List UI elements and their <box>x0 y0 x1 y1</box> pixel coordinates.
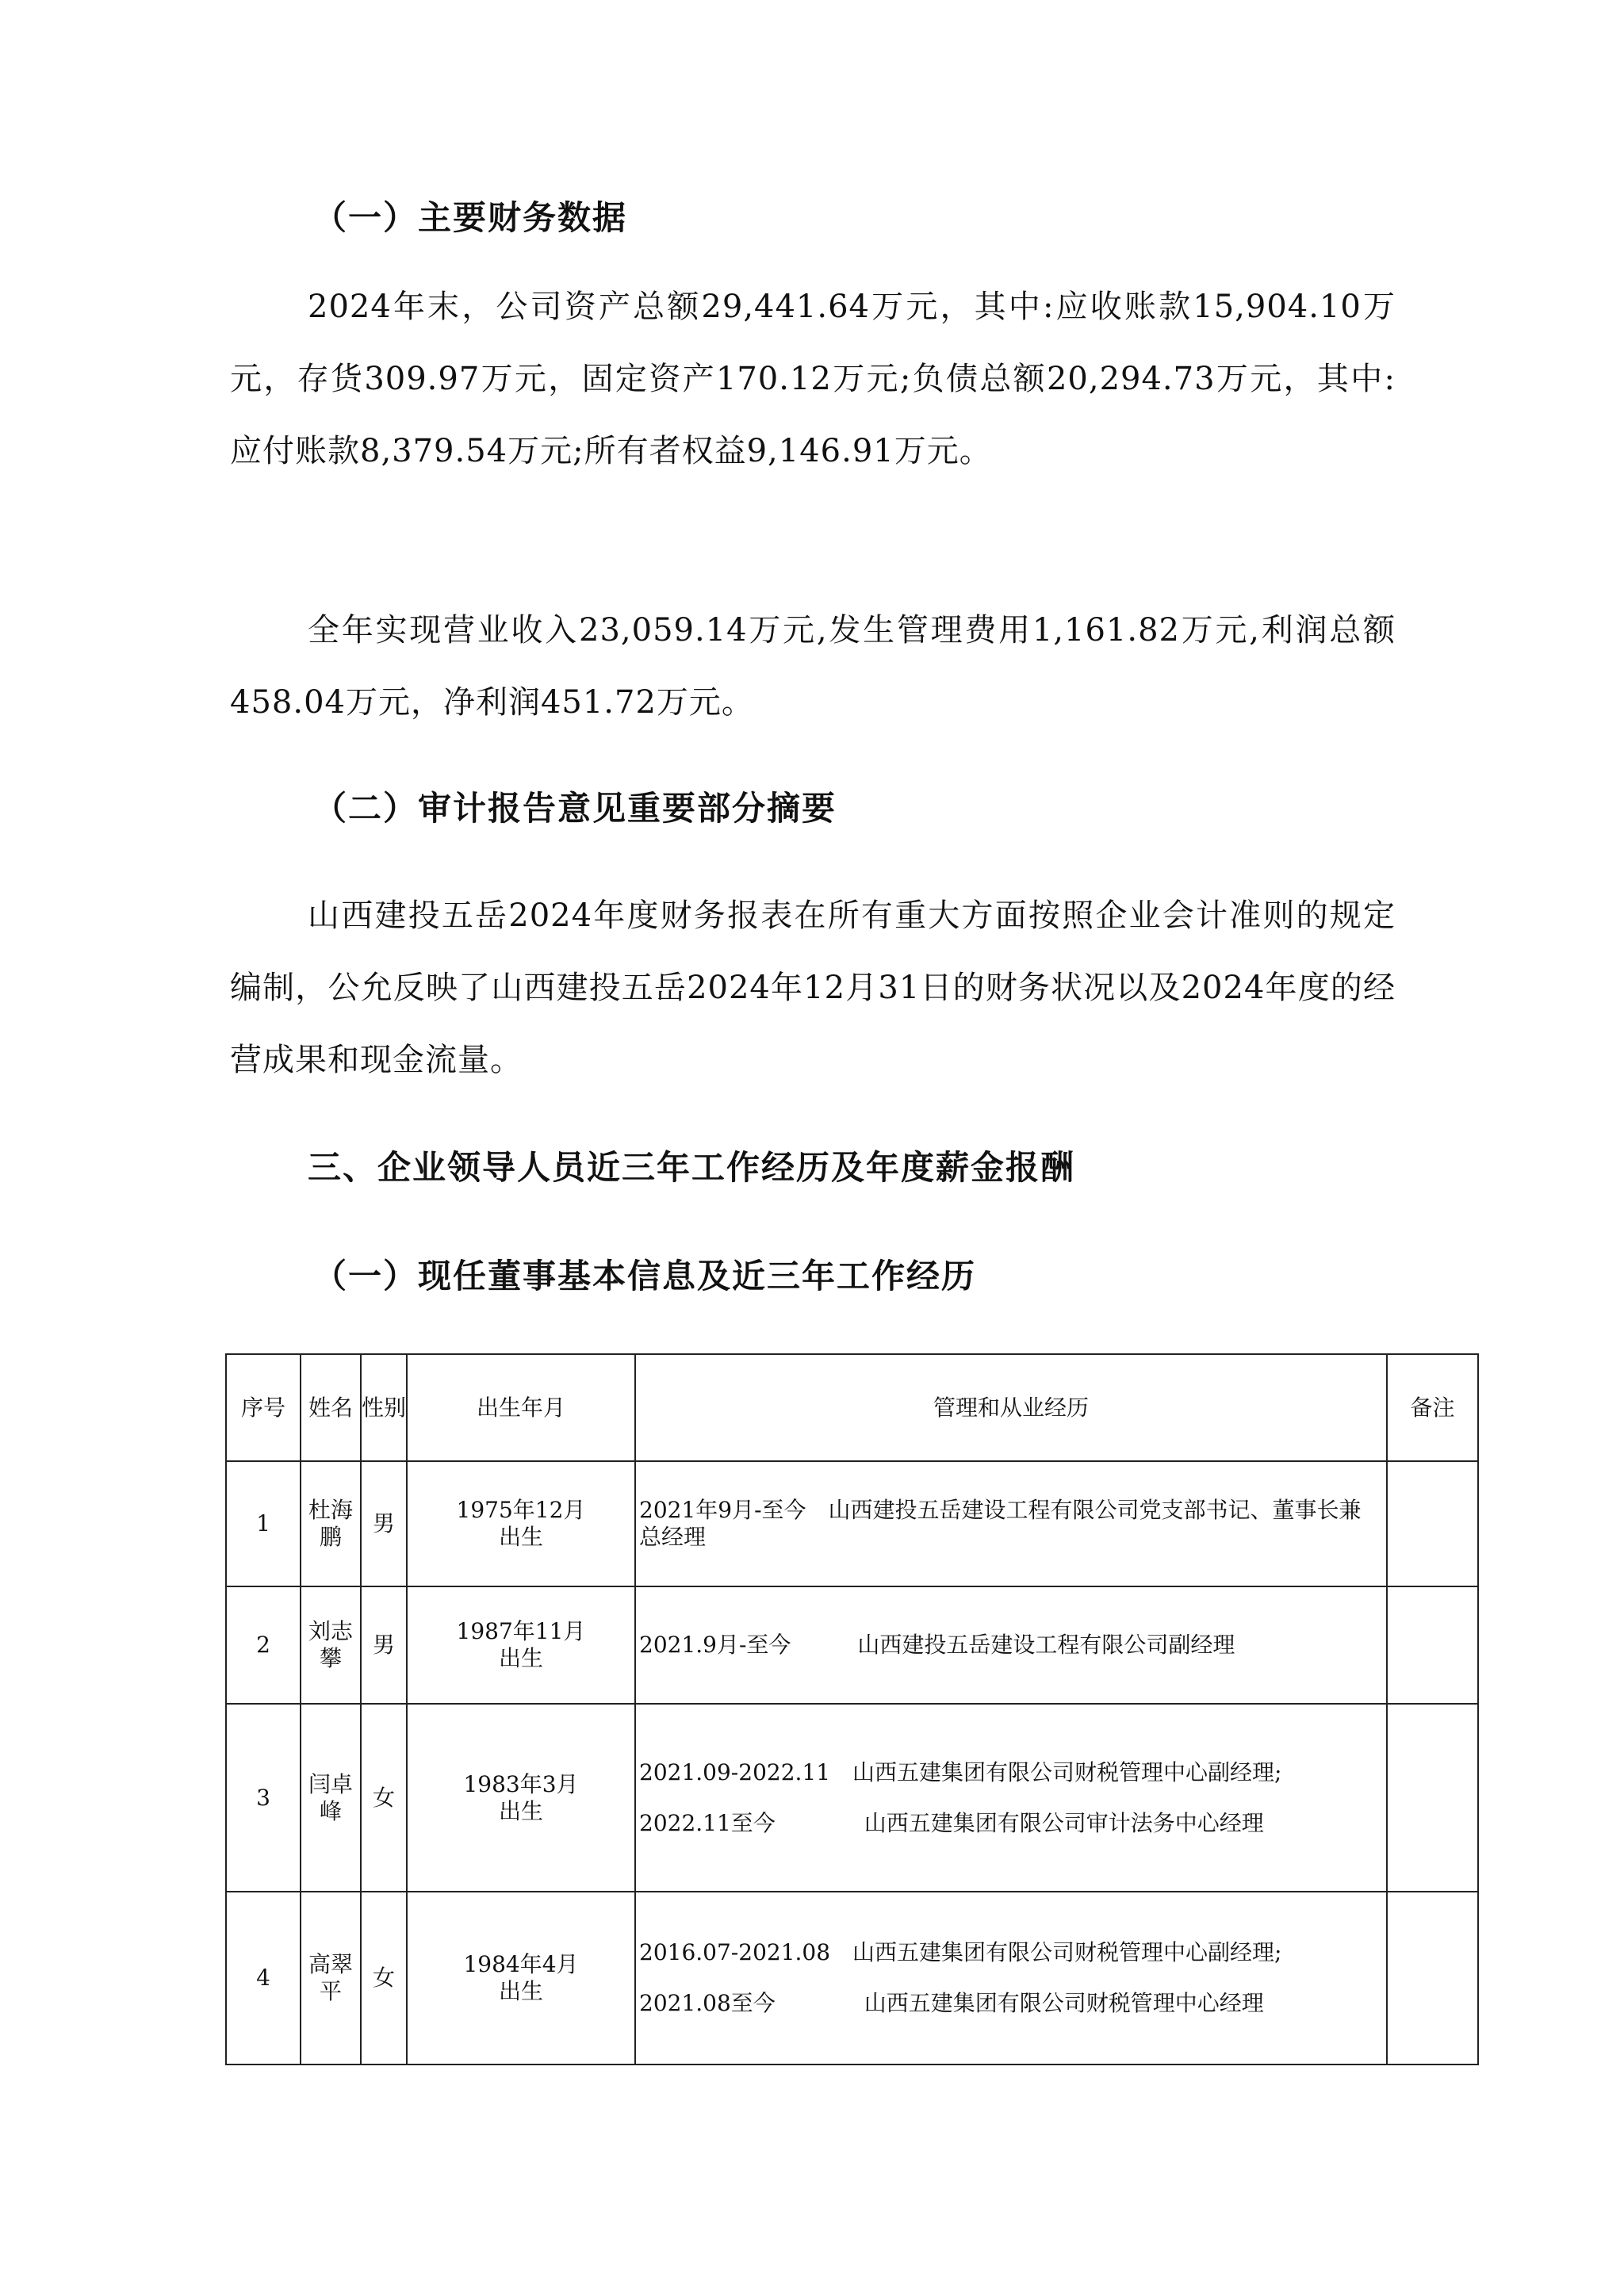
directors-table: 序号 姓名 性别 出生年月 管理和从业经历 备注 1 杜海鹏 男 1975年12… <box>225 1353 1479 2065</box>
cell-birth: 1984年4月 出生 <box>407 1892 635 2064</box>
cell-gender: 男 <box>361 1461 407 1586</box>
cell-name: 闫卓峰 <box>301 1704 361 1892</box>
header-gender: 性别 <box>361 1354 407 1461</box>
cell-birth: 1987年11月 出生 <box>407 1586 635 1704</box>
heading-leaders-section: 三、企业领导人员近三年工作经历及年度薪金报酬 <box>308 1148 1075 1188</box>
entry-spacer <box>639 1786 1381 1810</box>
cell-gender: 女 <box>361 1704 407 1892</box>
table-header-row: 序号 姓名 性别 出生年月 管理和从业经历 备注 <box>226 1354 1478 1461</box>
table-row: 4 高翠平 女 1984年4月 出生 2016.07-2021.08 山西五建集… <box>226 1892 1478 2064</box>
cell-no: 3 <box>226 1704 301 1892</box>
experience-entry: 2021.9月-至今 山西建投五岳建设工程有限公司副经理 <box>639 1632 1381 1659</box>
experience-entry: 2016.07-2021.08 山西五建集团有限公司财税管理中心副经理; <box>639 1939 1381 1966</box>
cell-no: 2 <box>226 1586 301 1704</box>
cell-birth: 1983年3月 出生 <box>407 1704 635 1892</box>
cell-no: 4 <box>226 1892 301 2064</box>
birth-suffix: 出生 <box>408 1524 634 1551</box>
birth-date: 1975年12月 <box>408 1497 634 1524</box>
birth-date: 1987年11月 <box>408 1618 634 1645</box>
experience-entry: 2021.08至今 山西五建集团有限公司财税管理中心经理 <box>639 1990 1381 2017</box>
cell-name: 高翠平 <box>301 1892 361 2064</box>
cell-experience: 2021年9月-至今 山西建投五岳建设工程有限公司党支部书记、董事长兼总经理 <box>635 1461 1387 1586</box>
table-row: 2 刘志攀 男 1987年11月 出生 2021.9月-至今 山西建投五岳建设工… <box>226 1586 1478 1704</box>
cell-birth: 1975年12月 出生 <box>407 1461 635 1586</box>
header-birth: 出生年月 <box>407 1354 635 1461</box>
heading-audit-summary: （二）审计报告意见重要部分摘要 <box>313 789 837 828</box>
header-name: 姓名 <box>301 1354 361 1461</box>
birth-suffix: 出生 <box>408 1978 634 2005</box>
heading-financial-data: （一）主要财务数据 <box>313 198 627 238</box>
entry-spacer <box>639 1966 1381 1990</box>
cell-name: 杜海鹏 <box>301 1461 361 1586</box>
birth-date: 1983年3月 <box>408 1771 634 1798</box>
experience-entry: 2021年9月-至今 山西建投五岳建设工程有限公司党支部书记、董事长兼总经理 <box>639 1497 1381 1551</box>
heading-directors-info: （一）现任董事基本信息及近三年工作经历 <box>313 1257 976 1296</box>
paragraph-balance-sheet: 2024年末，公司资产总额29,441.64万元，其中:应收账款15,904.1… <box>230 271 1396 488</box>
paragraph-income-statement: 全年实现营业收入23,059.14万元,发生管理费用1,161.82万元,利润总… <box>230 595 1396 739</box>
cell-name: 刘志攀 <box>301 1586 361 1704</box>
experience-entry: 2021.09-2022.11 山西五建集团有限公司财税管理中心副经理; <box>639 1759 1381 1786</box>
table-row: 3 闫卓峰 女 1983年3月 出生 2021.09-2022.11 山西五建集… <box>226 1704 1478 1892</box>
cell-experience: 2021.09-2022.11 山西五建集团有限公司财税管理中心副经理; 202… <box>635 1704 1387 1892</box>
table-row: 1 杜海鹏 男 1975年12月 出生 2021年9月-至今 山西建投五岳建设工… <box>226 1461 1478 1586</box>
header-experience: 管理和从业经历 <box>635 1354 1387 1461</box>
cell-experience: 2021.9月-至今 山西建投五岳建设工程有限公司副经理 <box>635 1586 1387 1704</box>
cell-remark <box>1387 1586 1478 1704</box>
header-no: 序号 <box>226 1354 301 1461</box>
birth-date: 1984年4月 <box>408 1951 634 1978</box>
birth-suffix: 出生 <box>408 1798 634 1825</box>
birth-suffix: 出生 <box>408 1645 634 1672</box>
cell-no: 1 <box>226 1461 301 1586</box>
cell-gender: 男 <box>361 1586 407 1704</box>
experience-entry: 2022.11至今 山西五建集团有限公司审计法务中心经理 <box>639 1810 1381 1837</box>
header-remark: 备注 <box>1387 1354 1478 1461</box>
cell-remark <box>1387 1461 1478 1586</box>
cell-remark <box>1387 1704 1478 1892</box>
cell-experience: 2016.07-2021.08 山西五建集团有限公司财税管理中心副经理; 202… <box>635 1892 1387 2064</box>
cell-gender: 女 <box>361 1892 407 2064</box>
paragraph-audit-opinion: 山西建投五岳2024年度财务报表在所有重大方面按照企业会计准则的规定编制，公允反… <box>230 880 1396 1096</box>
document-page: （一）主要财务数据 2024年末，公司资产总额29,441.64万元，其中:应收… <box>0 0 1624 2296</box>
cell-remark <box>1387 1892 1478 2064</box>
